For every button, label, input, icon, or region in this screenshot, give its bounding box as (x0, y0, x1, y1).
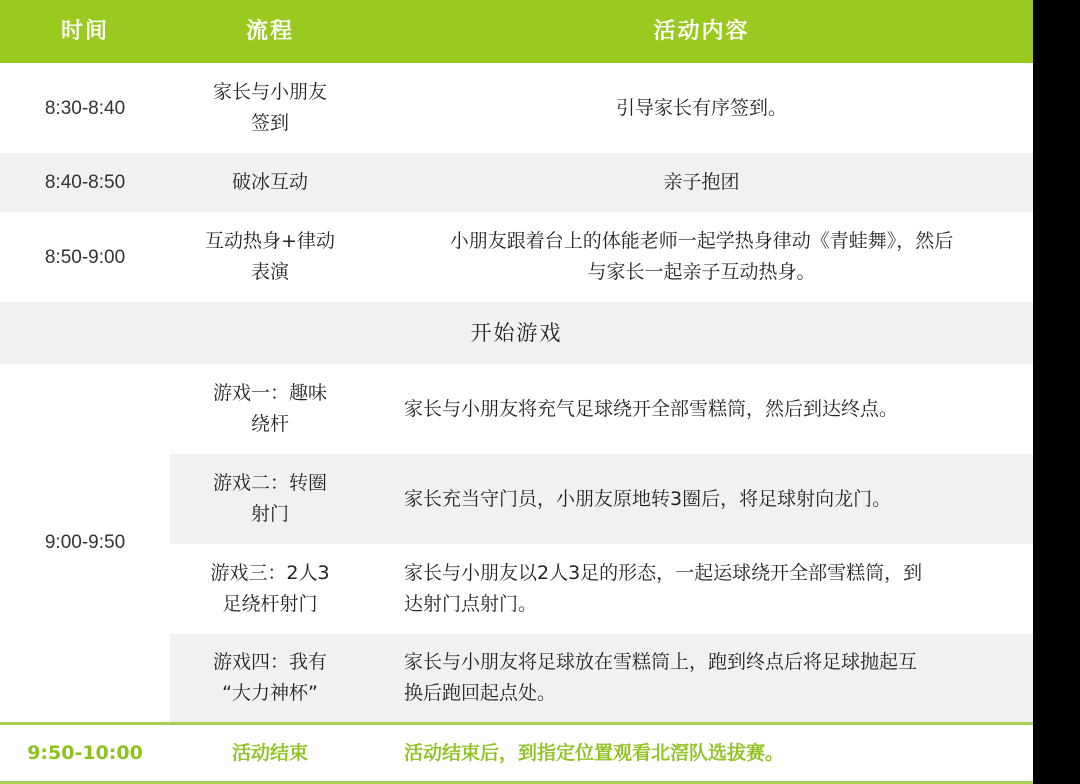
flow-cell: 活动结束 (170, 725, 370, 781)
content-cell: 活动结束后，到指定位置观看北滘队选拔赛。 (370, 725, 1033, 781)
time-cell: 8:30-8:40 (0, 63, 170, 153)
flow-line: 签到 (213, 108, 327, 139)
flow-line: “大力神杯” (213, 678, 327, 709)
content-line: 换后跑回起点处。 (404, 678, 917, 709)
flow-line: 绕杆 (213, 409, 327, 440)
content-cell: 家长充当守门员，小朋友原地转3圈后，将足球射向龙门。 (370, 454, 1033, 544)
time-text: 8:50-9:00 (45, 242, 125, 273)
schedule-table: 时间 流程 活动内容 8:30-8:40 家长与小朋友签到 引导家长有序签到。 … (0, 0, 1033, 784)
content-cell: 家长与小朋友以2人3足的形态，一起运球绕开全部雪糕筒，到达射门点射门。 (370, 544, 1033, 634)
content-line: 达射门点射门。 (404, 589, 922, 620)
flow-cell: 互动热身+律动表演 (170, 212, 370, 302)
flow-line: 游戏三：2人3 (210, 558, 329, 589)
flow-line: 射门 (213, 499, 327, 530)
header-time: 时间 (0, 0, 170, 63)
table-header: 时间 流程 活动内容 (0, 0, 1033, 63)
flow-line: 游戏四：我有 (213, 647, 327, 678)
flow-cell: 游戏三：2人3足绕杆射门 (170, 544, 370, 634)
content-cell: 家长与小朋友将足球放在雪糕筒上，跑到终点后将足球抛起互换后跑回起点处。 (370, 634, 1033, 722)
section-row: 开始游戏 (0, 302, 1033, 364)
flow-line: 互动热身+律动 (205, 226, 335, 257)
flow-cell: 游戏一：趣味绕杆 (170, 364, 370, 454)
game-row: 游戏四：我有“大力神杯” 家长与小朋友将足球放在雪糕筒上，跑到终点后将足球抛起互… (170, 634, 1033, 722)
games-time-cell: 9:00-9:50 (0, 364, 170, 722)
header-content: 活动内容 (370, 0, 1033, 63)
header-flow: 流程 (170, 0, 370, 63)
content-line: 与家长一起亲子互动热身。 (450, 257, 954, 288)
final-row: 9:50-10:00 活动结束 活动结束后，到指定位置观看北滘队选拔赛。 (0, 725, 1033, 781)
game-row: 游戏一：趣味绕杆 家长与小朋友将充气足球绕开全部雪糕筒，然后到达终点。 (170, 364, 1033, 454)
flow-cell: 游戏四：我有“大力神杯” (170, 634, 370, 722)
flow-line: 游戏一：趣味 (213, 378, 327, 409)
time-cell: 8:50-9:00 (0, 212, 170, 302)
time-cell: 8:40-8:50 (0, 153, 170, 212)
flow-cell: 家长与小朋友签到 (170, 63, 370, 153)
content-line: 家长与小朋友将足球放在雪糕筒上，跑到终点后将足球抛起互 (404, 647, 917, 678)
content-cell: 亲子抱团 (370, 153, 1033, 212)
time-cell: 9:50-10:00 (0, 725, 170, 781)
time-text: 8:30-8:40 (45, 93, 125, 124)
section-label: 开始游戏 (0, 302, 1033, 364)
game-row: 游戏三：2人3足绕杆射门 家长与小朋友以2人3足的形态，一起运球绕开全部雪糕筒，… (170, 544, 1033, 634)
content-cell: 小朋友跟着台上的体能老师一起学热身律动《青蛙舞》，然后与家长一起亲子互动热身。 (370, 212, 1033, 302)
content-line: 家长与小朋友以2人3足的形态，一起运球绕开全部雪糕筒，到 (404, 558, 922, 589)
table-row: 8:50-9:00 互动热身+律动表演 小朋友跟着台上的体能老师一起学热身律动《… (0, 212, 1033, 302)
flow-line: 游戏二：转圈 (213, 468, 327, 499)
flow-cell: 游戏二：转圈射门 (170, 454, 370, 544)
flow-line: 家长与小朋友 (213, 77, 327, 108)
content-line: 小朋友跟着台上的体能老师一起学热身律动《青蛙舞》，然后 (450, 226, 954, 257)
table-row: 8:40-8:50 破冰互动 亲子抱团 (0, 153, 1033, 212)
table-row: 8:30-8:40 家长与小朋友签到 引导家长有序签到。 (0, 63, 1033, 153)
flow-cell: 破冰互动 (170, 153, 370, 212)
time-text: 8:40-8:50 (45, 167, 125, 198)
content-cell: 引导家长有序签到。 (370, 63, 1033, 153)
game-row: 游戏二：转圈射门 家长充当守门员，小朋友原地转3圈后，将足球射向龙门。 (170, 454, 1033, 544)
content-cell: 家长与小朋友将充气足球绕开全部雪糕筒，然后到达终点。 (370, 364, 1033, 454)
time-text: 9:00-9:50 (45, 532, 125, 554)
flow-line: 表演 (205, 257, 335, 288)
flow-line: 足绕杆射门 (210, 589, 329, 620)
